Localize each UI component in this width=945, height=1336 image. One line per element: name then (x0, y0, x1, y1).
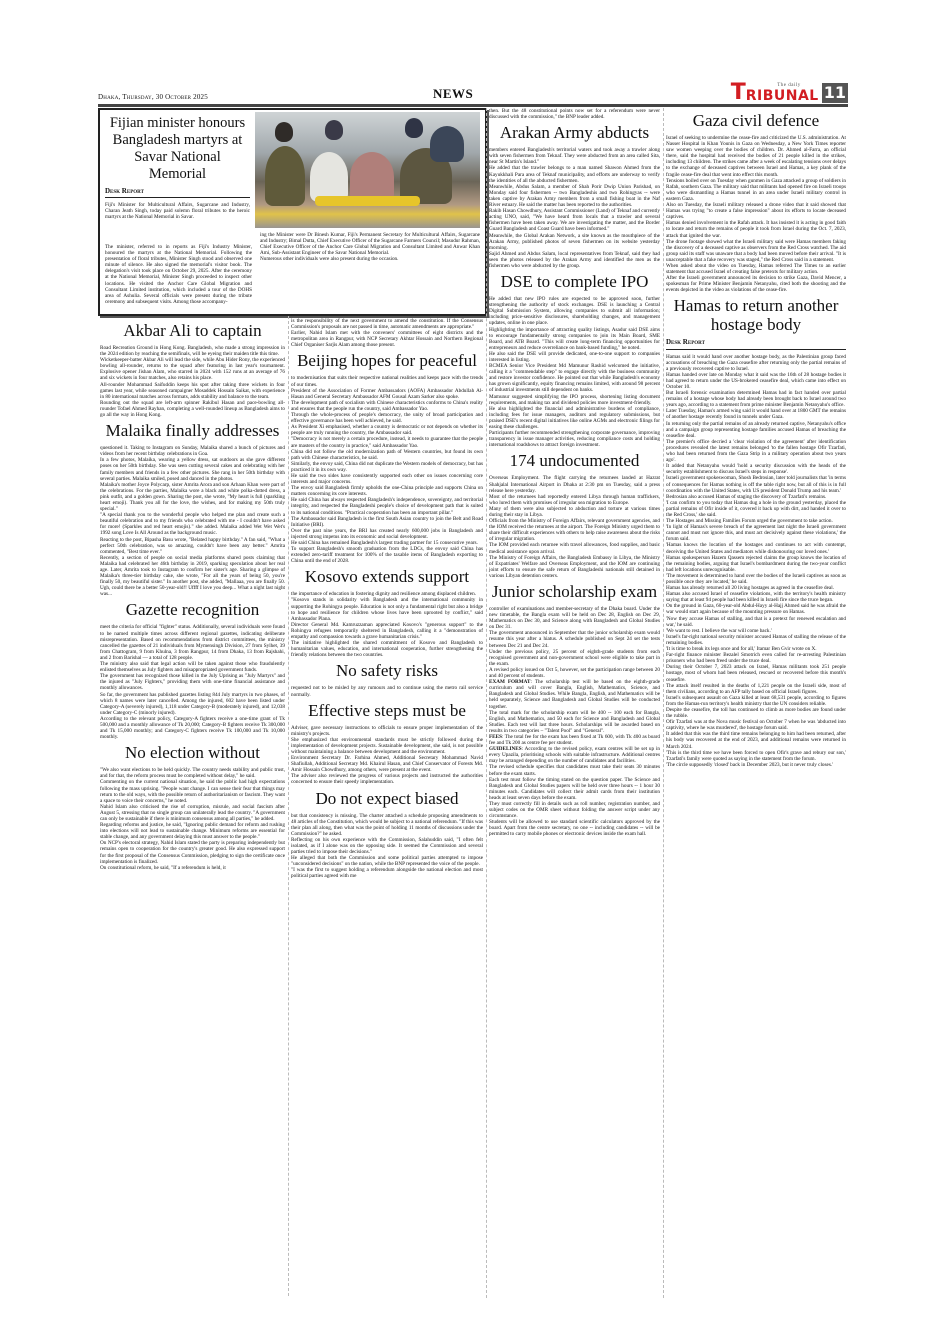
column-1: Akbar Ali to captain Road Recreation Gro… (100, 318, 285, 871)
article-biased-continued: then. But the 48 constitutional points n… (489, 108, 660, 120)
column-4: Gaza civil defence Israel of seeking to … (666, 108, 846, 768)
article-election-continued: is the responsibility of the next govern… (291, 318, 483, 348)
logo-initial: T (731, 83, 746, 103)
article-hamas: Hamas to return another hostage body Des… (666, 296, 846, 767)
article-beijing: Beijing hopes for peaceful to modernisat… (291, 351, 483, 564)
article-undocumented: 174 undocumented Overseas Employment. Th… (489, 451, 660, 579)
logo-tagline: The daily (777, 79, 801, 93)
dateline: Dhaka, Thursday, 30 October 2025 (98, 93, 208, 101)
article-akbar: Akbar Ali to captain Road Recreation Gro… (100, 321, 285, 418)
byline: Desk Report (105, 188, 250, 198)
article-gaza: Gaza civil defence Israel of seeking to … (666, 111, 846, 293)
headline: Akbar Ali to captain (100, 321, 285, 340)
newspaper-page: Dhaka, Thursday, 30 October 2025 NEWS T … (0, 0, 945, 1336)
article-gazette: Gazette recognition meet the criteria fo… (100, 600, 285, 740)
headline: Gazette recognition (100, 600, 285, 619)
article-fijian: Fijian minister honours Bangladesh marty… (98, 108, 487, 316)
page-number: 11 (822, 83, 848, 103)
column-divider (486, 108, 488, 1298)
newspaper-logo: T The dailyRIBUNAL 11 (731, 81, 848, 103)
headline: Fijian minister honours Bangladesh marty… (105, 115, 250, 183)
headline: Junior scholarship exam (489, 582, 660, 601)
headline: Effective steps must be (291, 701, 483, 720)
logo-name: The dailyRIBUNAL (746, 89, 819, 103)
section-title: NEWS (433, 86, 473, 102)
headline: Arakan Army abducts (489, 123, 660, 142)
article-effective: Effective steps must be Adviser, gave ne… (291, 701, 483, 786)
headline: Kosovo extends support (291, 567, 483, 586)
article-arakan: Arakan Army abducts members entered Bang… (489, 123, 660, 269)
column-3: then. But the 48 constitutional points n… (489, 108, 660, 838)
headline: Gaza civil defence (666, 111, 846, 130)
column-divider (663, 108, 665, 1298)
column-2: is the responsibility of the next govern… (291, 318, 483, 880)
article-dse: DSE to complete IPO He added that new IP… (489, 272, 660, 448)
headline: DSE to complete IPO (489, 272, 660, 291)
headline: No safety risks (291, 661, 483, 680)
headline: Malaika finally addresses (100, 421, 285, 440)
byline: Desk Report (666, 339, 846, 349)
article-election: No election without "We also want electi… (100, 743, 285, 871)
headline: 174 undocumented (489, 451, 660, 470)
headline: Do not expect biased (291, 789, 483, 808)
article-photo (255, 112, 480, 228)
headline: No election without (100, 743, 285, 762)
article-scholarship: Junior scholarship exam controller of ex… (489, 582, 660, 838)
headline: Hamas to return another hostage body (666, 296, 846, 334)
headline: Beijing hopes for peaceful (291, 351, 483, 370)
article-malaika: Malaika finally addresses questioned it.… (100, 421, 285, 597)
article-kosovo: Kosovo extends support the importance of… (291, 567, 483, 658)
masthead: Dhaka, Thursday, 30 October 2025 NEWS T … (98, 80, 848, 107)
wreath (315, 196, 420, 206)
article-biased: Do not expect biased but that consistenc… (291, 789, 483, 880)
column-divider (288, 316, 290, 1296)
article-safety: No safety risks requested not to be misl… (291, 661, 483, 697)
